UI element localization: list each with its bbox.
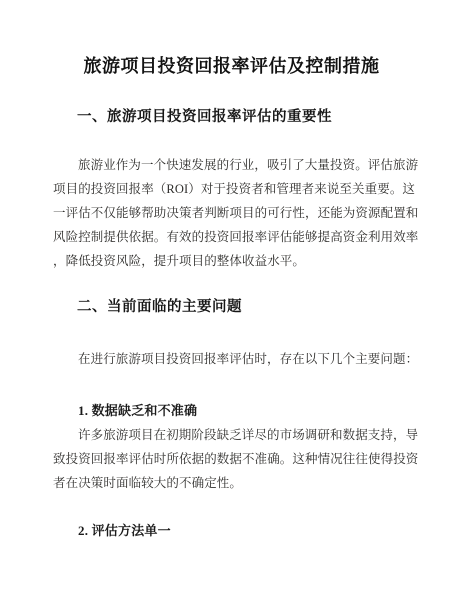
- document-page: 旅游项目投资回报率评估及控制措施 一、旅游项目投资回报率评估的重要性 旅游业作为…: [0, 0, 463, 600]
- paragraph-line: 风险控制提供依据。有效的投资回报率评估能够提高资金利用效率: [53, 225, 410, 249]
- section-2-heading: 二、当前面临的主要问题: [53, 298, 410, 317]
- issue-1-heading: 1. 数据缺乏和不准确: [53, 399, 410, 423]
- paragraph-line: 项目的投资回报率（ROI）对于投资者和管理者来说至关重要。这: [53, 177, 410, 201]
- paragraph-line: 在进行旅游项目投资回报率评估时，存在以下几个主要问题：: [53, 347, 410, 371]
- paragraph-line: 一评估不仅能够帮助决策者判断项目的可行性，还能为资源配置和: [53, 201, 410, 225]
- document-title: 旅游项目投资回报率评估及控制措施: [53, 55, 410, 77]
- issue-2-heading: 2. 评估方法单一: [53, 519, 410, 543]
- paragraph-line: 致投资回报率评估时所依据的数据不准确。这种情况往往使得投资: [53, 447, 410, 471]
- section-2-intro-paragraph: 在进行旅游项目投资回报率评估时，存在以下几个主要问题：: [53, 347, 410, 371]
- section-1-heading: 一、旅游项目投资回报率评估的重要性: [53, 108, 410, 127]
- paragraph-line: 者在决策时面临较大的不确定性。: [53, 471, 410, 495]
- paragraph-line: ，降低投资风险，提升项目的整体收益水平。: [53, 249, 410, 273]
- paragraph-line: 许多旅游项目在初期阶段缺乏详尽的市场调研和数据支持，导: [53, 423, 410, 447]
- section-1-paragraph: 旅游业作为一个快速发展的行业，吸引了大量投资。评估旅游 项目的投资回报率（ROI…: [53, 153, 410, 273]
- issue-1-paragraph: 许多旅游项目在初期阶段缺乏详尽的市场调研和数据支持，导 致投资回报率评估时所依据…: [53, 423, 410, 495]
- paragraph-line: 旅游业作为一个快速发展的行业，吸引了大量投资。评估旅游: [53, 153, 410, 177]
